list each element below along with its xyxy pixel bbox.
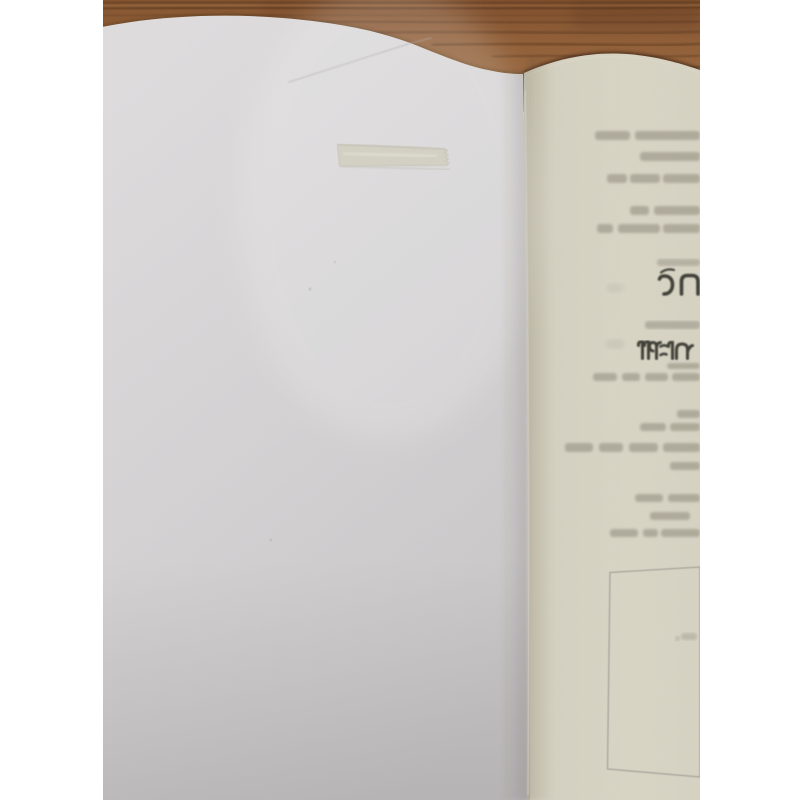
left-white-margin: [0, 0, 103, 800]
photo-grain-overlay: [103, 0, 700, 800]
right-white-margin: [700, 0, 800, 800]
photo-stage: [0, 0, 800, 800]
book-photo: [103, 0, 700, 800]
